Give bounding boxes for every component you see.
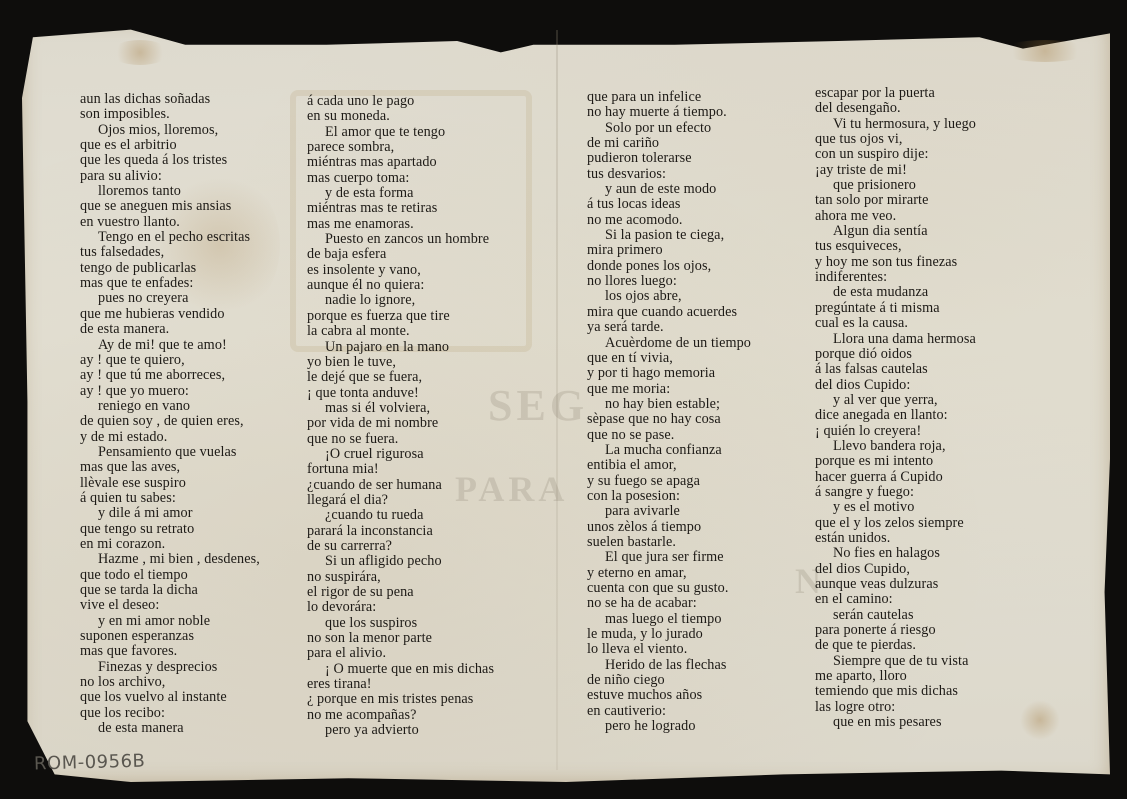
verse-line: mas que te enfades: [80, 276, 260, 291]
verse-column-1: aun las dichas soñadasson imposibles.Ojo… [80, 92, 260, 736]
verse-line: serán cautelas [815, 608, 976, 623]
verse-line: Ojos mios, lloremos, [80, 123, 260, 138]
verse-line: no suspirára, [307, 570, 494, 585]
verse-line: y en mi amor noble [80, 614, 260, 629]
verse-line: no llores luego: [587, 274, 751, 289]
verse-line: que les queda á los tristes [80, 153, 260, 168]
verse-line: para su alivio: [80, 169, 260, 184]
verse-line: tengo de publicarlas [80, 261, 260, 276]
verse-line: y dile á mi amor [80, 506, 260, 521]
verse-line: lo lleva el viento. [587, 642, 751, 657]
verse-line: están unidos. [815, 531, 976, 546]
verse-line: Algun dia sentía [815, 224, 976, 239]
verse-line: donde pones los ojos, [587, 259, 751, 274]
verse-line: y es el motivo [815, 500, 976, 515]
verse-line: mira primero [587, 243, 751, 258]
verse-line: El amor que te tengo [307, 125, 494, 140]
verse-line: y eterno en amar, [587, 566, 751, 581]
verse-line: y al ver que yerra, [815, 393, 976, 408]
verse-line: que no se fuera. [307, 432, 494, 447]
verse-line: Acuèrdome de un tiempo [587, 336, 751, 351]
verse-line: mas me enamoras. [307, 217, 494, 232]
verse-line: Llevo bandera roja, [815, 439, 976, 454]
verse-line: nadie lo ignore, [307, 293, 494, 308]
verse-line: llèvale ese suspiro [80, 476, 260, 491]
verse-line: no hay bien estable; [587, 397, 751, 412]
verse-line: que los vuelvo al instante [80, 690, 260, 705]
verse-line: que en tí vivia, [587, 351, 751, 366]
verse-line: temiendo que mis dichas [815, 684, 976, 699]
verse-line: mas si él volviera, [307, 401, 494, 416]
verse-line: lloremos tanto [80, 184, 260, 199]
verse-line: que los recibo: [80, 706, 260, 721]
verse-line: que no se pase. [587, 428, 751, 443]
verse-line: la cabra al monte. [307, 324, 494, 339]
verse-line: ¡ O muerte que en mis dichas [307, 662, 494, 677]
verse-line: pero ya advierto [307, 723, 494, 738]
verse-line: suelen bastarle. [587, 535, 751, 550]
verse-line: El que jura ser firme [587, 550, 751, 565]
bleed-through-text: SEG [488, 380, 588, 431]
verse-line: es insolente y vano, [307, 263, 494, 278]
verse-line: en su moneda. [307, 109, 494, 124]
verse-line: de baja esfera [307, 247, 494, 262]
verse-line: mira que cuando acuerdes [587, 305, 751, 320]
verse-line: del dios Cupido: [815, 378, 976, 393]
verse-line: que tus ojos vi, [815, 132, 976, 147]
verse-line: y de esta forma [307, 186, 494, 201]
verse-line: á las falsas cautelas [815, 362, 976, 377]
verse-line: dice anegada en llanto: [815, 408, 976, 423]
verse-line: no se ha de acabar: [587, 596, 751, 611]
verse-line: hacer guerra á Cupido [815, 470, 976, 485]
verse-line: son imposibles. [80, 107, 260, 122]
verse-line: mas que favores. [80, 644, 260, 659]
verse-line: de quien soy , de quien eres, [80, 414, 260, 429]
verse-line: ¿cuando de ser humana [307, 478, 494, 493]
verse-column-4: escapar por la puertadel desengaño.Vi tu… [815, 86, 976, 730]
verse-line: de esta mudanza [815, 285, 976, 300]
verse-line: y su fuego se apaga [587, 474, 751, 489]
verse-line: del desengaño. [815, 101, 976, 116]
verse-line: á cada uno le pago [307, 94, 494, 109]
verse-line: indiferentes: [815, 270, 976, 285]
verse-line: de esta manera [80, 721, 260, 736]
verse-line: á sangre y fuego: [815, 485, 976, 500]
verse-line: que el y los zelos siempre [815, 516, 976, 531]
verse-line: Siempre que de tu vista [815, 654, 976, 669]
verse-line: de esta manera. [80, 322, 260, 337]
verse-line: mas cuerpo toma: [307, 171, 494, 186]
verse-line: cual es la causa. [815, 316, 976, 331]
verse-line: por vida de mi nombre [307, 416, 494, 431]
verse-line: pues no creyera [80, 291, 260, 306]
verse-line: Finezas y desprecios [80, 660, 260, 675]
verse-line: de mi cariño [587, 136, 751, 151]
verse-line: ¡ que tonta anduve! [307, 386, 494, 401]
verse-line: Herido de las flechas [587, 658, 751, 673]
verse-line: le muda, y lo jurado [587, 627, 751, 642]
verse-line: que me moria: [587, 382, 751, 397]
verse-line: en cautiverio: [587, 704, 751, 719]
verse-line: que se aneguen mis ansias [80, 199, 260, 214]
verse-line: no los archivo, [80, 675, 260, 690]
catalog-label: ROM-0956B [34, 751, 146, 775]
verse-line: ahora me veo. [815, 209, 976, 224]
verse-line: llegará el dia? [307, 493, 494, 508]
verse-line: las logre otro: [815, 700, 976, 715]
verse-line: No fies en halagos [815, 546, 976, 561]
verse-line: á quien tu sabes: [80, 491, 260, 506]
verse-line: ¡ay triste de mi! [815, 163, 976, 178]
verse-line: y hoy me son tus finezas [815, 255, 976, 270]
verse-column-3: que para un infeliceno hay muerte á tiem… [587, 90, 751, 734]
verse-line: entibia el amor, [587, 458, 751, 473]
verse-line: con la posesion: [587, 489, 751, 504]
verse-line: ay ! que tú me aborreces, [80, 368, 260, 383]
verse-line: del dios Cupido, [815, 562, 976, 577]
verse-line: parará la inconstancia [307, 524, 494, 539]
verse-line: en vuestro llanto. [80, 215, 260, 230]
verse-line: miéntras mas apartado [307, 155, 494, 170]
verse-line: en el camino: [815, 592, 976, 607]
verse-line: ay ! que te quiero, [80, 353, 260, 368]
verse-line: porque dió oidos [815, 347, 976, 362]
verse-line: eres tirana! [307, 677, 494, 692]
verse-line: no me acompañas? [307, 708, 494, 723]
verse-line: tus desvarios: [587, 167, 751, 182]
verse-line: que todo el tiempo [80, 568, 260, 583]
verse-line: que para un infelice [587, 90, 751, 105]
verse-line: de que te pierdas. [815, 638, 976, 653]
verse-line: y de mi estado. [80, 430, 260, 445]
verse-line: con un suspiro dije: [815, 147, 976, 162]
verse-line: no son la menor parte [307, 631, 494, 646]
verse-line: porque es fuerza que tire [307, 309, 494, 324]
verse-line: á tus locas ideas [587, 197, 751, 212]
verse-line: aun las dichas soñadas [80, 92, 260, 107]
verse-line: Un pajaro en la mano [307, 340, 494, 355]
verse-line: Puesto en zancos un hombre [307, 232, 494, 247]
verse-line: fortuna mia! [307, 462, 494, 477]
stain [1000, 40, 1090, 62]
verse-line: sèpase que no hay cosa [587, 412, 751, 427]
verse-line: ¿cuando tu rueda [307, 508, 494, 523]
verse-line: Ay de mi! que te amo! [80, 338, 260, 353]
verse-line: estuve muchos años [587, 688, 751, 703]
verse-line: de su carrerra? [307, 539, 494, 554]
verse-line: ¿ porque en mis tristes penas [307, 692, 494, 707]
verse-line: aunque él no quiera: [307, 278, 494, 293]
stain [1020, 700, 1060, 740]
verse-line: me aparto, lloro [815, 669, 976, 684]
verse-line: suponen esperanzas [80, 629, 260, 644]
verse-line: Tengo en el pecho escritas [80, 230, 260, 245]
verse-line: y aun de este modo [587, 182, 751, 197]
verse-line: ay ! que yo muero: [80, 384, 260, 399]
verse-line: Hazme , mi bien , desdenes, [80, 552, 260, 567]
verse-line: que prisionero [815, 178, 976, 193]
verse-line: lo devorára: [307, 600, 494, 615]
verse-line: Solo por un efecto [587, 121, 751, 136]
verse-line: porque es mi intento [815, 454, 976, 469]
verse-line: Pensamiento que vuelas [80, 445, 260, 460]
verse-line: escapar por la puerta [815, 86, 976, 101]
verse-line: pregúntate á ti misma [815, 301, 976, 316]
verse-line: que tengo su retrato [80, 522, 260, 537]
verse-line: de niño ciego [587, 673, 751, 688]
verse-line: reniego en vano [80, 399, 260, 414]
verse-line: vive el deseo: [80, 598, 260, 613]
verse-column-2: á cada uno le pagoen su moneda.El amor q… [307, 94, 494, 738]
verse-line: que es el arbitrio [80, 138, 260, 153]
verse-line: le dejé que se fuera, [307, 370, 494, 385]
verse-line: Si un afligido pecho [307, 554, 494, 569]
stain [110, 40, 170, 65]
verse-line: Vi tu hermosura, y luego [815, 117, 976, 132]
verse-line: en mi corazon. [80, 537, 260, 552]
verse-line: Si la pasion te ciega, [587, 228, 751, 243]
verse-line: mas luego el tiempo [587, 612, 751, 627]
verse-line: parece sombra, [307, 140, 494, 155]
verse-line: el rigor de su pena [307, 585, 494, 600]
verse-line: pudieron tolerarse [587, 151, 751, 166]
verse-line: Llora una dama hermosa [815, 332, 976, 347]
verse-line: para ponerte á riesgo [815, 623, 976, 638]
verse-line: miéntras mas te retiras [307, 201, 494, 216]
verse-line: los ojos abre, [587, 289, 751, 304]
verse-line: tan solo por mirarte [815, 193, 976, 208]
verse-line: tus esquiveces, [815, 239, 976, 254]
verse-line: pero he logrado [587, 719, 751, 734]
verse-line: no me acomodo. [587, 213, 751, 228]
verse-line: ya será tarde. [587, 320, 751, 335]
verse-line: que en mis pesares [815, 715, 976, 730]
verse-line: ¡ quién lo creyera! [815, 424, 976, 439]
verse-line: para avivarle [587, 504, 751, 519]
verse-line: La mucha confianza [587, 443, 751, 458]
verse-line: que se tarda la dicha [80, 583, 260, 598]
verse-line: aunque veas dulzuras [815, 577, 976, 592]
verse-line: que los suspiros [307, 616, 494, 631]
verse-line: no hay muerte á tiempo. [587, 105, 751, 120]
verse-line: cuenta con que su gusto. [587, 581, 751, 596]
verse-line: tus falsedades, [80, 245, 260, 260]
verse-line: que me hubieras vendido [80, 307, 260, 322]
verse-line: yo bien le tuve, [307, 355, 494, 370]
verse-line: unos zèlos á tiempo [587, 520, 751, 535]
verse-line: ¡O cruel rigurosa [307, 447, 494, 462]
verse-line: mas que las aves, [80, 460, 260, 475]
verse-line: y por ti hago memoria [587, 366, 751, 381]
verse-line: para el alivio. [307, 646, 494, 661]
